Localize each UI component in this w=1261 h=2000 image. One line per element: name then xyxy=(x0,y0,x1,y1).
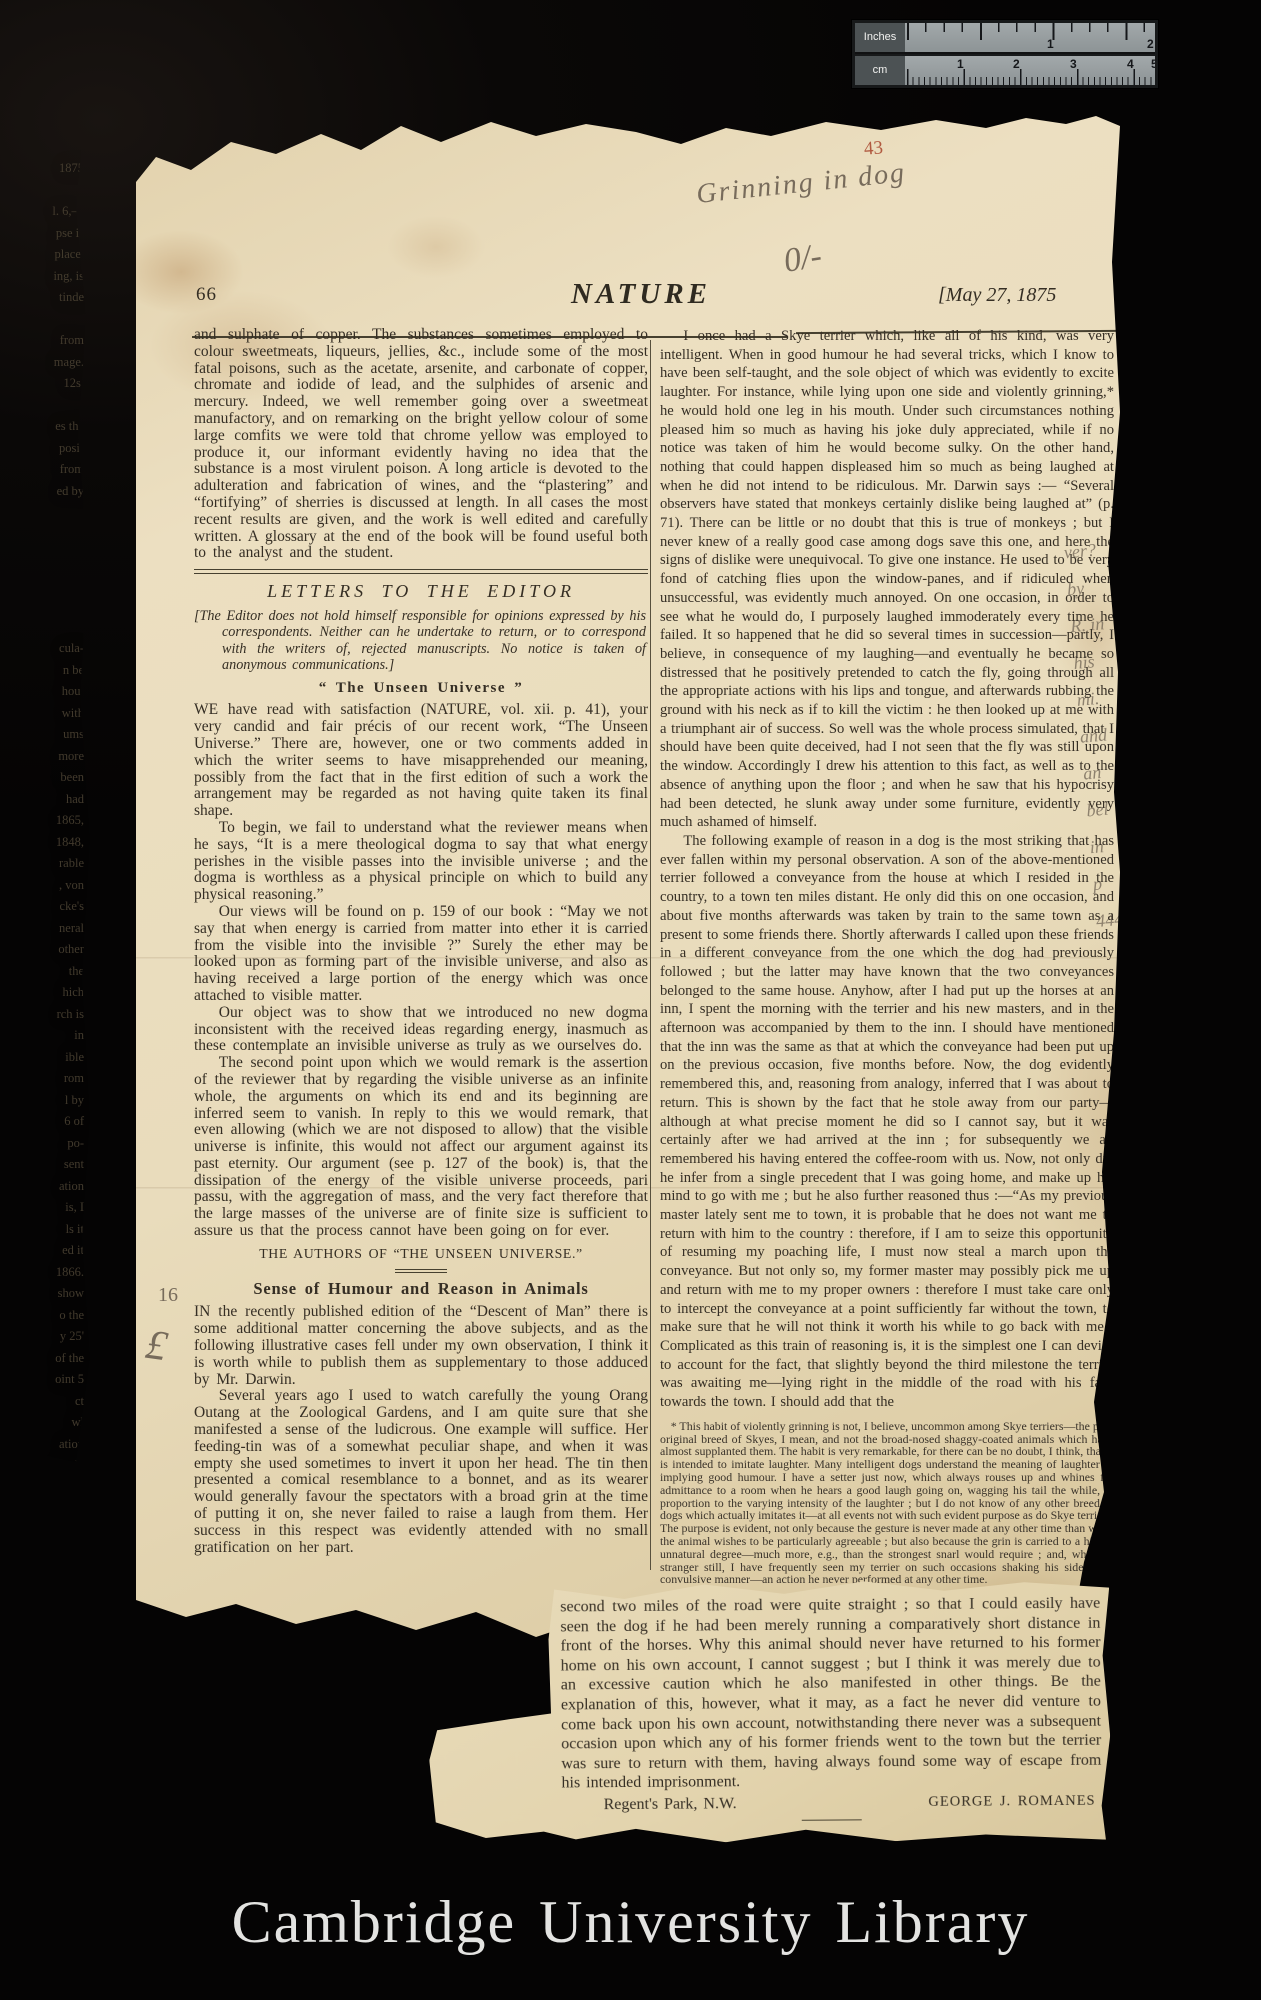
section-divider-rule xyxy=(194,569,648,574)
letter-heading-unseen-universe: “ The Unseen Universe ” xyxy=(194,680,648,697)
humour-paragraph: Several years ago I used to watch carefu… xyxy=(194,1388,648,1556)
unseen-paragraph: Our views will be found on p. 159 of our… xyxy=(194,904,648,1005)
slip-end-rule xyxy=(802,1819,862,1820)
facing-page-edge: 1875 l. 6,— pse is place, ing, is tinde … xyxy=(6,58,92,1462)
slip-signature-row: Regent's Park, N.W. GEORGE J. ROMANES xyxy=(562,1792,1102,1815)
cm-mark-2: 2 xyxy=(1013,57,1020,71)
reason-paragraph: The following example of reason in a dog… xyxy=(660,832,1114,1412)
unseen-paragraph: WE have read with satisfaction (NATURE, … xyxy=(194,702,648,820)
slip-body: second two miles of the road were quite … xyxy=(560,1594,1102,1822)
grinning-footnote: * This habit of violently grinning is no… xyxy=(660,1420,1114,1586)
letters-section-heading: LETTERS TO THE EDITOR xyxy=(194,583,648,600)
letter-divider xyxy=(395,1269,447,1273)
issue-date: [May 27, 1875 xyxy=(938,284,1056,307)
edge-text-fragments-top: 1875 l. 6,— pse is place, ing, is tinde … xyxy=(52,158,84,502)
review-paragraph: and sulphate of copper. The substances s… xyxy=(194,327,648,562)
inch-ticks-major xyxy=(907,23,1155,40)
cm-ticks-major xyxy=(907,69,1155,85)
ruler-cm-label: cm xyxy=(855,56,905,85)
cm-mark-5: 5 xyxy=(1151,57,1155,71)
edge-text-fragments-bottom: cula- n be hout with ums more been had 1… xyxy=(53,638,84,1477)
inch-mark-1: 1 xyxy=(1047,37,1054,51)
pencil-margin-note-16: 16 xyxy=(158,1284,178,1307)
ruler-cm-band: cm 1 2 3 4 5 xyxy=(855,56,1155,85)
column-divider-rule xyxy=(650,340,651,1570)
pencil-margin-note-pound: £ xyxy=(143,1321,170,1371)
letter-heading-humour: Sense of Humour and Reason in Animals xyxy=(194,1281,648,1298)
pencil-folio-number: 43 xyxy=(863,137,883,160)
unseen-paragraph: The second point upon which we would rem… xyxy=(194,1055,648,1240)
right-column: I once had a Skye terrier which, like al… xyxy=(660,327,1114,1598)
page-number: 66 xyxy=(196,284,217,306)
humour-paragraph: IN the recently published edition of the… xyxy=(194,1304,648,1388)
library-watermark: Cambridge University Library xyxy=(0,1888,1261,1957)
slip-paragraph: second two miles of the road were quite … xyxy=(560,1594,1101,1794)
ruler-inches-band: Inches 1 2 xyxy=(855,23,1155,54)
unseen-paragraph: Our object was to show that we introduce… xyxy=(194,1005,648,1055)
journal-title: NATURE xyxy=(496,278,786,311)
left-column: and sulphate of copper. The substances s… xyxy=(194,327,648,1556)
ruler-inches-label: Inches xyxy=(855,23,905,52)
photo-scale-ruler: Inches 1 2 cm 1 2 3 4 5 xyxy=(852,20,1158,88)
library-scan-viewer: { "ruler": { "inches_label": "Inches", "… xyxy=(0,0,1261,2000)
pencil-note-price: 0/- xyxy=(781,237,824,280)
slip-address: Regent's Park, N.W. xyxy=(562,1794,737,1815)
terrier-paragraph: I once had a Skye terrier which, like al… xyxy=(660,327,1114,832)
letter-signature-authors: THE AUTHORS OF “THE UNSEEN UNIVERSE.” xyxy=(194,1246,648,1263)
unseen-paragraph: To begin, we fail to understand what the… xyxy=(194,820,648,904)
journal-page: Grinning in dog 0/- 43 ver? by R. in his… xyxy=(136,112,1120,1657)
cm-mark-3: 3 xyxy=(1070,57,1077,71)
slip-signature: GEORGE J. ROMANES xyxy=(928,1792,1101,1813)
cm-mark-1: 1 xyxy=(957,57,964,71)
cm-mark-4: 4 xyxy=(1127,57,1134,71)
inch-mark-2: 2 xyxy=(1147,37,1154,51)
pencil-note-title: Grinning in dog xyxy=(695,157,908,211)
editor-notice: [The Editor does not hold himself respon… xyxy=(194,608,646,674)
